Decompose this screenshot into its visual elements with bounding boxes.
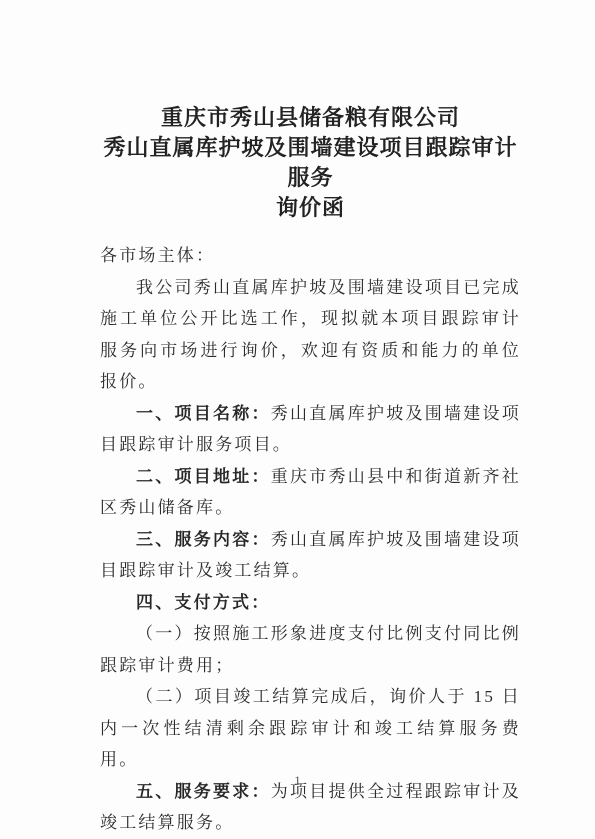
title-line-project: 秀山直属库护坡及围墙建设项目跟踪审计服务 bbox=[100, 133, 521, 193]
title-line-company: 重庆市秀山县储备粮有限公司 bbox=[100, 103, 521, 133]
paragraph-text: 各市场主体： bbox=[100, 246, 215, 265]
section-label: 四、支付方式： bbox=[136, 593, 270, 612]
document-title: 重庆市秀山县储备粮有限公司 秀山直属库护坡及围墙建设项目跟踪审计服务 询价函 bbox=[100, 103, 521, 223]
paragraph-text: （二）项目竣工结算完成后，询价人于 15 日内一次性结清剩余跟踪审计和竣工结算服… bbox=[100, 687, 521, 769]
section-label: 一、项目名称： bbox=[136, 404, 271, 423]
paragraph: （二）项目竣工结算完成后，询价人于 15 日内一次性结清剩余跟踪审计和竣工结算服… bbox=[100, 681, 521, 776]
document-page: 重庆市秀山县储备粮有限公司 秀山直属库护坡及围墙建设项目跟踪审计服务 询价函 各… bbox=[0, 0, 595, 839]
paragraph-text: 我公司秀山直属库护坡及围墙建设项目已完成施工单位公开比选工作，现拟就本项目跟踪审… bbox=[100, 278, 521, 392]
page-number: 1 bbox=[0, 773, 595, 789]
paragraph-text: （一）按照施工形象进度支付比例支付同比例跟踪审计费用； bbox=[100, 624, 521, 675]
document-content: 重庆市秀山县储备粮有限公司 秀山直属库护坡及围墙建设项目跟踪审计服务 询价函 各… bbox=[100, 103, 521, 839]
paragraph: 四、支付方式： bbox=[100, 587, 521, 619]
document-body: 各市场主体：我公司秀山直属库护坡及围墙建设项目已完成施工单位公开比选工作，现拟就… bbox=[100, 240, 521, 839]
paragraph: 一、项目名称：秀山直属库护坡及围墙建设项目跟踪审计服务项目。 bbox=[100, 398, 521, 461]
paragraph: 各市场主体： bbox=[100, 240, 521, 272]
paragraph: 二、项目地址：重庆市秀山县中和街道新齐社区秀山储备库。 bbox=[100, 461, 521, 524]
paragraph: （一）按照施工形象进度支付比例支付同比例跟踪审计费用； bbox=[100, 618, 521, 681]
title-line-doctype: 询价函 bbox=[100, 193, 521, 223]
paragraph: 我公司秀山直属库护坡及围墙建设项目已完成施工单位公开比选工作，现拟就本项目跟踪审… bbox=[100, 272, 521, 398]
paragraph: 三、服务内容：秀山直属库护坡及围墙建设项目跟踪审计及竣工结算。 bbox=[100, 524, 521, 587]
section-label: 三、服务内容： bbox=[136, 530, 271, 549]
section-label: 二、项目地址： bbox=[136, 467, 271, 486]
